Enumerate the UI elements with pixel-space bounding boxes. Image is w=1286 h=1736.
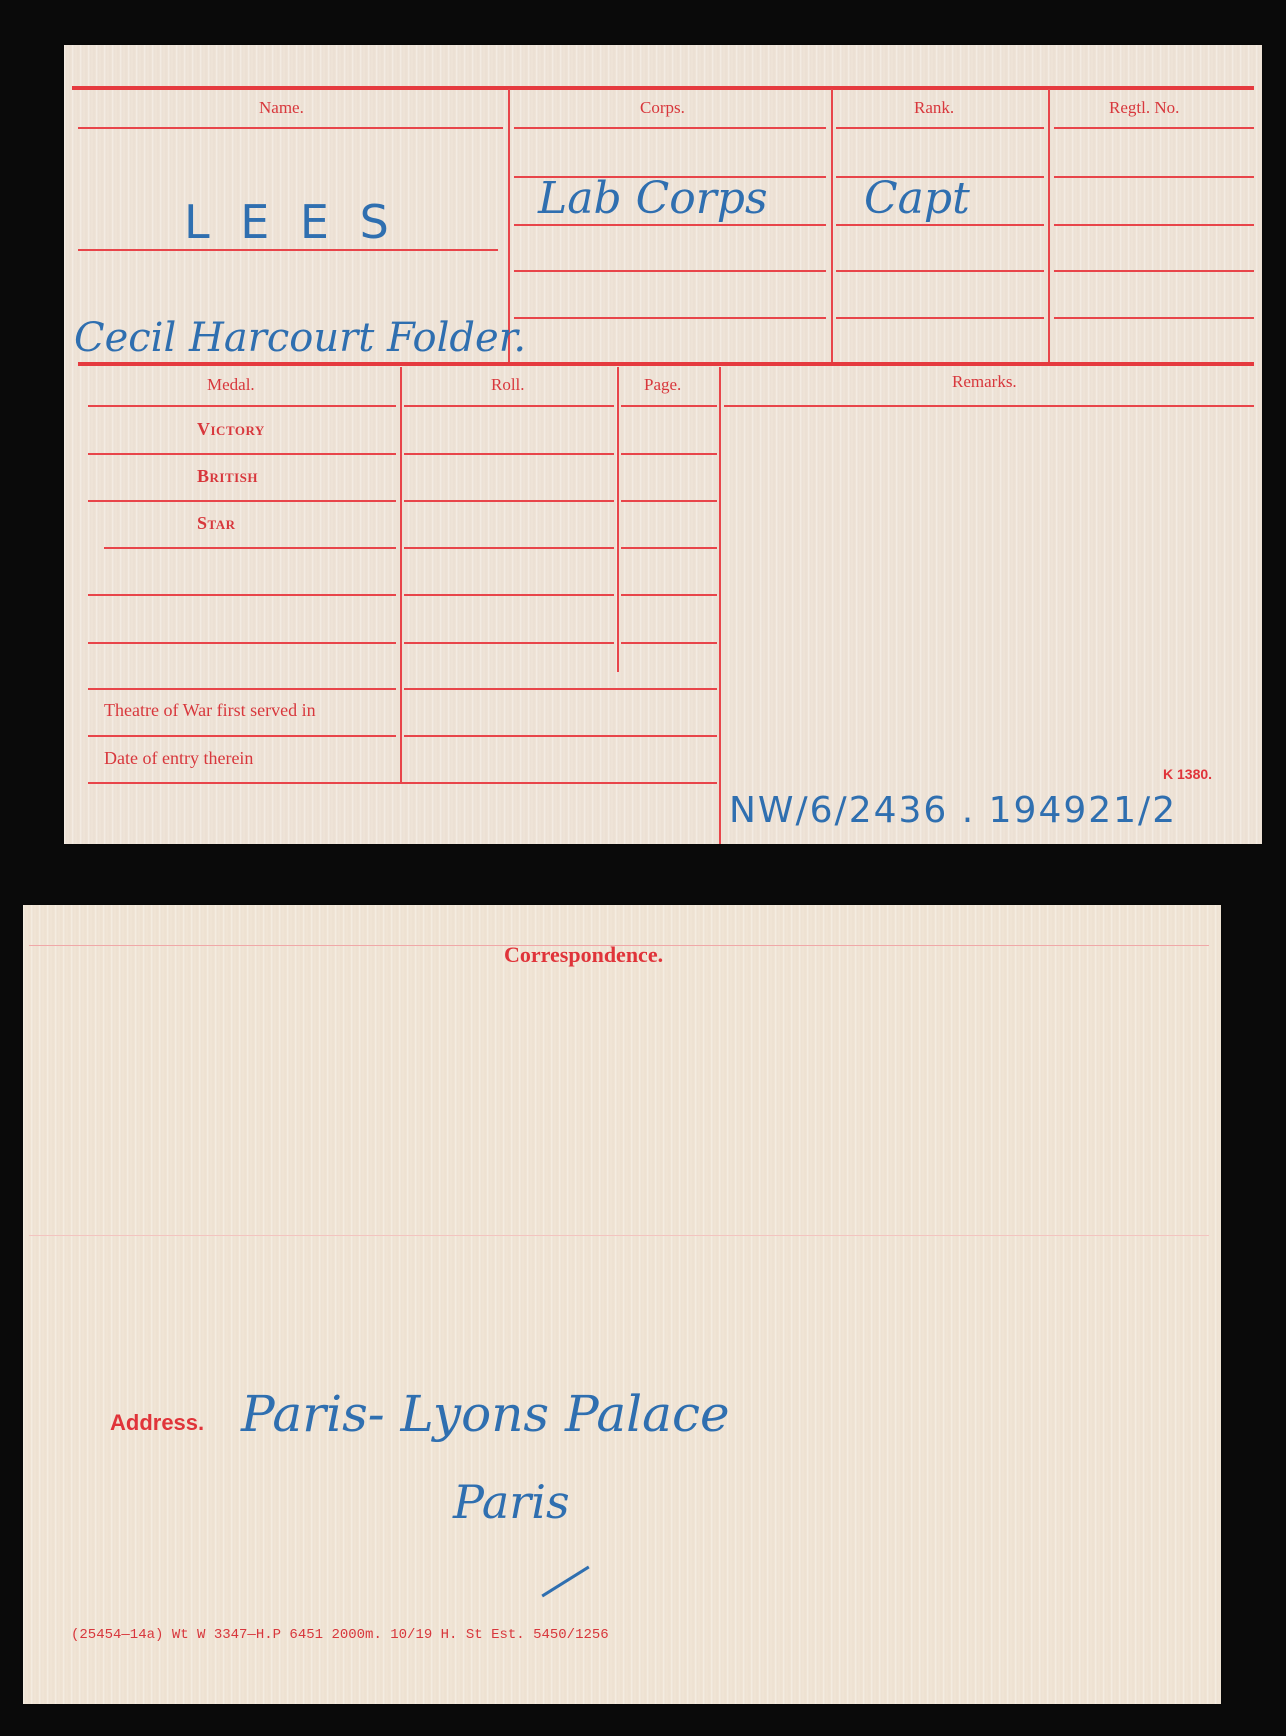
rule: [88, 735, 396, 737]
divider-roll-page: [617, 367, 619, 672]
rule: [88, 594, 396, 596]
rank-header: Rank.: [914, 98, 954, 118]
rule: [514, 127, 826, 129]
divider-page-remarks: [719, 367, 721, 844]
form-code: K 1380.: [1163, 766, 1212, 782]
regt-no-header: Regtl. No.: [1109, 98, 1179, 118]
rule: [404, 547, 614, 549]
rule: [104, 547, 396, 549]
rule: [404, 735, 717, 737]
address-line-1: Paris- Lyons Palace: [241, 1385, 730, 1443]
rule: [836, 317, 1044, 319]
rule: [404, 453, 614, 455]
faint-rule: [29, 1235, 1209, 1236]
surname: L E E S: [184, 195, 397, 249]
rule: [836, 127, 1044, 129]
forenames: Cecil Harcourt Folder.: [74, 315, 526, 361]
rule: [621, 594, 717, 596]
medal-index-card-front: Name. Corps. Rank. Regtl. No. L E E S La…: [64, 45, 1262, 844]
rule: [1054, 317, 1254, 319]
rank-value: Capt: [864, 173, 970, 224]
top-rule: [72, 86, 1254, 90]
page-header: Page.: [644, 375, 681, 395]
rule: [621, 500, 717, 502]
rule: [1054, 270, 1254, 272]
rule: [514, 224, 826, 226]
corps-header: Corps.: [640, 98, 685, 118]
rule: [621, 453, 717, 455]
rule: [78, 249, 498, 251]
name-header: Name.: [259, 98, 304, 118]
rule: [88, 642, 396, 644]
rule: [621, 405, 717, 407]
rule: [78, 127, 503, 129]
medal-index-card-back: Correspondence. Address. Paris- Lyons Pa…: [23, 905, 1221, 1704]
medal-victory: Victory: [197, 419, 265, 440]
medal-british: British: [197, 466, 258, 487]
rule: [1054, 224, 1254, 226]
rule: [404, 688, 717, 690]
rule: [836, 224, 1044, 226]
rule: [88, 453, 396, 455]
rule: [836, 270, 1044, 272]
rule: [404, 642, 614, 644]
medal-star: Star: [197, 513, 236, 534]
rule: [404, 500, 614, 502]
ink-stroke: [541, 1566, 589, 1598]
rule: [404, 594, 614, 596]
rule: [88, 782, 717, 784]
address-line-2: Paris: [453, 1475, 570, 1529]
mid-rule: [78, 362, 1254, 366]
date-entry-label: Date of entry therein: [104, 748, 253, 769]
divider-corps-rank: [831, 89, 833, 365]
corps-value: Lab Corps: [538, 173, 768, 224]
divider-rank-regt: [1048, 89, 1050, 365]
divider-medal-roll: [400, 367, 402, 783]
rule: [621, 547, 717, 549]
remarks-header: Remarks.: [952, 372, 1017, 392]
medal-header: Medal.: [207, 375, 255, 395]
address-label: Address.: [110, 1410, 204, 1436]
printer-imprint: (25454—14a) Wt W 3347—H.P 6451 2000m. 10…: [71, 1627, 609, 1643]
rule: [1054, 176, 1254, 178]
rule: [88, 405, 396, 407]
rule: [88, 688, 396, 690]
correspondence-title: Correspondence.: [504, 942, 663, 968]
rule: [514, 270, 826, 272]
reference-number: NW/6/2436 . 194921/2: [729, 790, 1177, 831]
rule: [88, 500, 396, 502]
rule: [1054, 127, 1254, 129]
rule: [621, 642, 717, 644]
rule: [724, 405, 1254, 407]
rule: [514, 317, 826, 319]
roll-header: Roll.: [491, 375, 525, 395]
theatre-label: Theatre of War first served in: [104, 700, 316, 721]
rule: [404, 405, 614, 407]
